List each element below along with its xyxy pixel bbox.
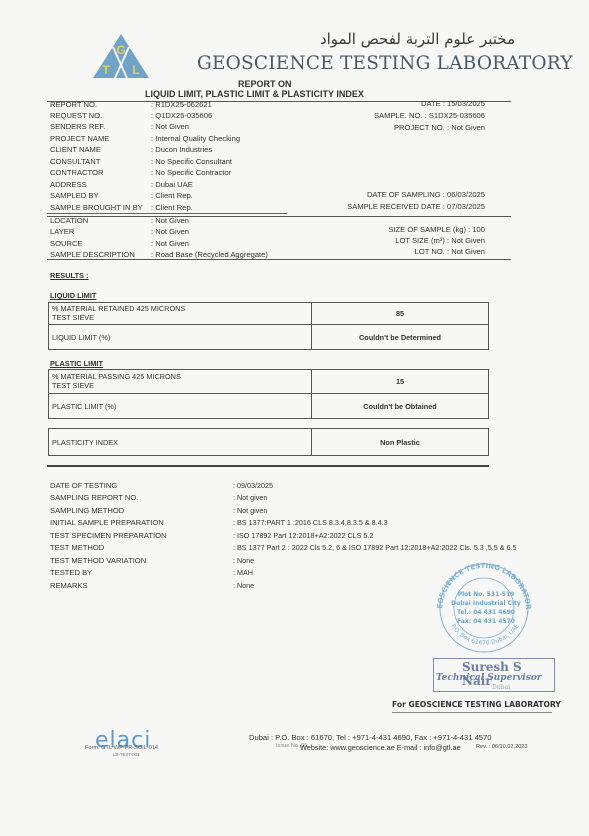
testing-value: : ISO 17892 Part 12:2018+A2:2022 CLS 5.2 (233, 531, 373, 540)
row-label: LIQUID LIMIT (%) (49, 325, 312, 350)
for-lab-line: For GEOSCIENCE TESTING LABORATORY (392, 700, 561, 709)
info-label: CLIENT NAME (50, 145, 101, 154)
testing-label: INITIAL SAMPLE PREPARATION (50, 518, 164, 527)
testing-value: : Not given (233, 506, 267, 515)
divider (47, 213, 287, 214)
report-on-label: REPORT ON (238, 79, 292, 89)
info-label: REQUEST NO. (50, 111, 102, 120)
testing-label: SAMPLING REPORT NO. (50, 493, 138, 502)
info-label: SAMPLE BROUGHT IN BY (50, 203, 143, 212)
info-value: : Ducon Industries (151, 145, 212, 154)
row-value: 85 (312, 303, 489, 325)
testing-label: REMARKS (50, 581, 88, 590)
svg-text:Fax: 04 431 4570: Fax: 04 431 4570 (457, 618, 515, 625)
signer-city: Dubai (492, 684, 510, 691)
testing-label: TEST METHOD VARIATION (50, 556, 146, 565)
svg-text:G: G (116, 43, 125, 57)
liquid-limit-heading: LIQUID LIMIT (50, 291, 96, 300)
info-label: REPORT NO. (50, 100, 97, 109)
testing-value: : Not given (233, 493, 267, 502)
svg-text:L: L (132, 63, 139, 77)
info-value: : Client Rep. (151, 203, 193, 212)
divider (47, 216, 511, 217)
svg-text:Plot No. 531-519: Plot No. 531-519 (458, 591, 515, 598)
footer-address: Dubai : P.O. Box : 61670, Tel : +971-4-4… (249, 733, 491, 742)
testing-value: : BS 1377 Part 2 : 2022 Cls 5.2, 6 & ISO… (233, 543, 517, 552)
row-label: % MATERIAL RETAINED 425 MICRONS TEST SIE… (49, 303, 312, 325)
info-value: : Road Base (Recycled Aggregate) (151, 250, 268, 259)
info-label: SAMPLE DESCRIPTION (50, 250, 135, 259)
testing-label: SAMPLING METHOD (50, 506, 124, 515)
info-label: SOURCE (50, 239, 83, 248)
testing-value: : 09/03/2025 (233, 481, 273, 490)
plastic-limit-heading: PLASTIC LIMIT (50, 359, 103, 368)
info-value: : No Specific Consultant (151, 157, 232, 166)
row-value: Non Plastic (312, 429, 489, 456)
svg-text:Tel.: 04 431 4690: Tel.: 04 431 4690 (457, 609, 515, 616)
testing-label: TEST METHOD (50, 543, 104, 552)
divider (47, 259, 511, 260)
project-no: PROJECT NO. : Not Given (394, 123, 485, 132)
lot-size: LOT SIZE (m³) : Not Given (395, 236, 485, 245)
size-of-sample: SIZE OF SAMPLE (kg) : 100 (388, 225, 485, 234)
info-label: SENDERS REF. (50, 122, 105, 131)
info-label: ADDRESS (50, 180, 87, 189)
info-value: : Internal Quality Checking (151, 134, 240, 143)
testing-label: TEST SPECIMEN PREPARATION (50, 531, 166, 540)
lot-no: LOT NO. : Not Given (415, 247, 485, 256)
row-label: PLASTIC LIMIT (%) (49, 394, 312, 419)
info-value: : Not Given (151, 227, 189, 236)
sample-no: SAMPLE. NO. : S1DX25-035606 (374, 111, 485, 120)
info-value: : Client Rep. (151, 191, 193, 200)
info-label: CONSULTANT (50, 157, 100, 166)
form-code: Form: GTL-WP-FR-SOIL-014 (85, 745, 158, 751)
table-row: % MATERIAL RETAINED 425 MICRONS TEST SIE… (49, 303, 489, 325)
table-row: LIQUID LIMIT (%) Couldn't be Determined (49, 325, 489, 350)
report-title: LIQUID LIMIT, PLASTIC LIMIT & PLASTICITY… (145, 89, 364, 99)
table-row: % MATERIAL PASSING 425 MICRONS TEST SIEV… (49, 370, 489, 394)
info-value: : No Specific Contractor (151, 168, 231, 177)
testing-label: TESTED BY (50, 568, 92, 577)
row-value: Couldn't be Obtained (312, 394, 489, 419)
info-value: : Not Given (151, 122, 189, 131)
info-value: : Q1DX25-035606 (151, 111, 212, 120)
report-date: DATE : 15/03/2025 (421, 99, 485, 108)
sample-received-date: SAMPLE RECEIVED DATE : 07/03/2025 (347, 202, 485, 211)
info-value: : R1DX25-062621 (151, 100, 212, 109)
lab-stamp: GEOSCIENCE TESTING LABORATORY P.O. Box 6… (414, 558, 552, 654)
testing-label: DATE OF TESTING (50, 481, 117, 490)
gtl-logo: G T L (93, 34, 149, 78)
results-heading: RESULTS : (50, 271, 88, 280)
lab-name: GEOSCIENCE TESTING LABORATORY (197, 53, 573, 74)
table-row: PLASTIC LIMIT (%) Couldn't be Obtained (49, 394, 489, 419)
divider (392, 712, 552, 713)
row-label: % MATERIAL PASSING 425 MICRONS TEST SIEV… (49, 370, 312, 394)
signature-stamp: Suresh S Nair Technical Supervisor Dubai (433, 658, 555, 692)
date-of-sampling: DATE OF SAMPLING : 06/03/2025 (367, 190, 485, 199)
info-label: LAYER (50, 227, 74, 236)
testing-value: : MAH (233, 568, 253, 577)
footer-web-email: Website: www.geoscience.ae E-mail : info… (300, 743, 461, 752)
testing-value: : BS 1377:PART 1 :2016 CLS 8.3.4,8.3.5 &… (233, 518, 388, 527)
info-value: : Not Given (151, 216, 189, 225)
signer-title: Technical Supervisor (436, 673, 542, 683)
row-value: Couldn't be Determined (312, 325, 489, 350)
info-value: : Not Given (151, 239, 189, 248)
liquid-limit-table: % MATERIAL RETAINED 425 MICRONS TEST SIE… (48, 302, 489, 350)
table-row: PLASTICITY INDEX Non Plastic (49, 429, 489, 456)
form-sub-code: LB-TEST-001 (113, 752, 140, 757)
info-label: CONTRACTOR (50, 168, 103, 177)
svg-text:Dubai Industrial City: Dubai Industrial City (451, 600, 521, 607)
info-label: LOCATION (50, 216, 88, 225)
footer-rev: Rev. : 06/10.02.2023 (476, 744, 528, 750)
testing-value: : None (233, 581, 254, 590)
testing-value: : None (233, 556, 254, 565)
plastic-limit-table: % MATERIAL PASSING 425 MICRONS TEST SIEV… (48, 369, 489, 419)
plasticity-index-table: PLASTICITY INDEX Non Plastic (48, 428, 489, 456)
info-label: SAMPLED BY (50, 191, 99, 200)
info-value: : Dubai UAE (151, 180, 193, 189)
info-label: PROJECT NAME (50, 134, 109, 143)
row-value: 15 (312, 370, 489, 394)
divider (47, 465, 489, 467)
svg-text:T: T (102, 63, 110, 77)
row-label: PLASTICITY INDEX (49, 429, 312, 456)
arabic-lab-name: مختبر علوم التربة لفحص المواد (185, 30, 515, 48)
